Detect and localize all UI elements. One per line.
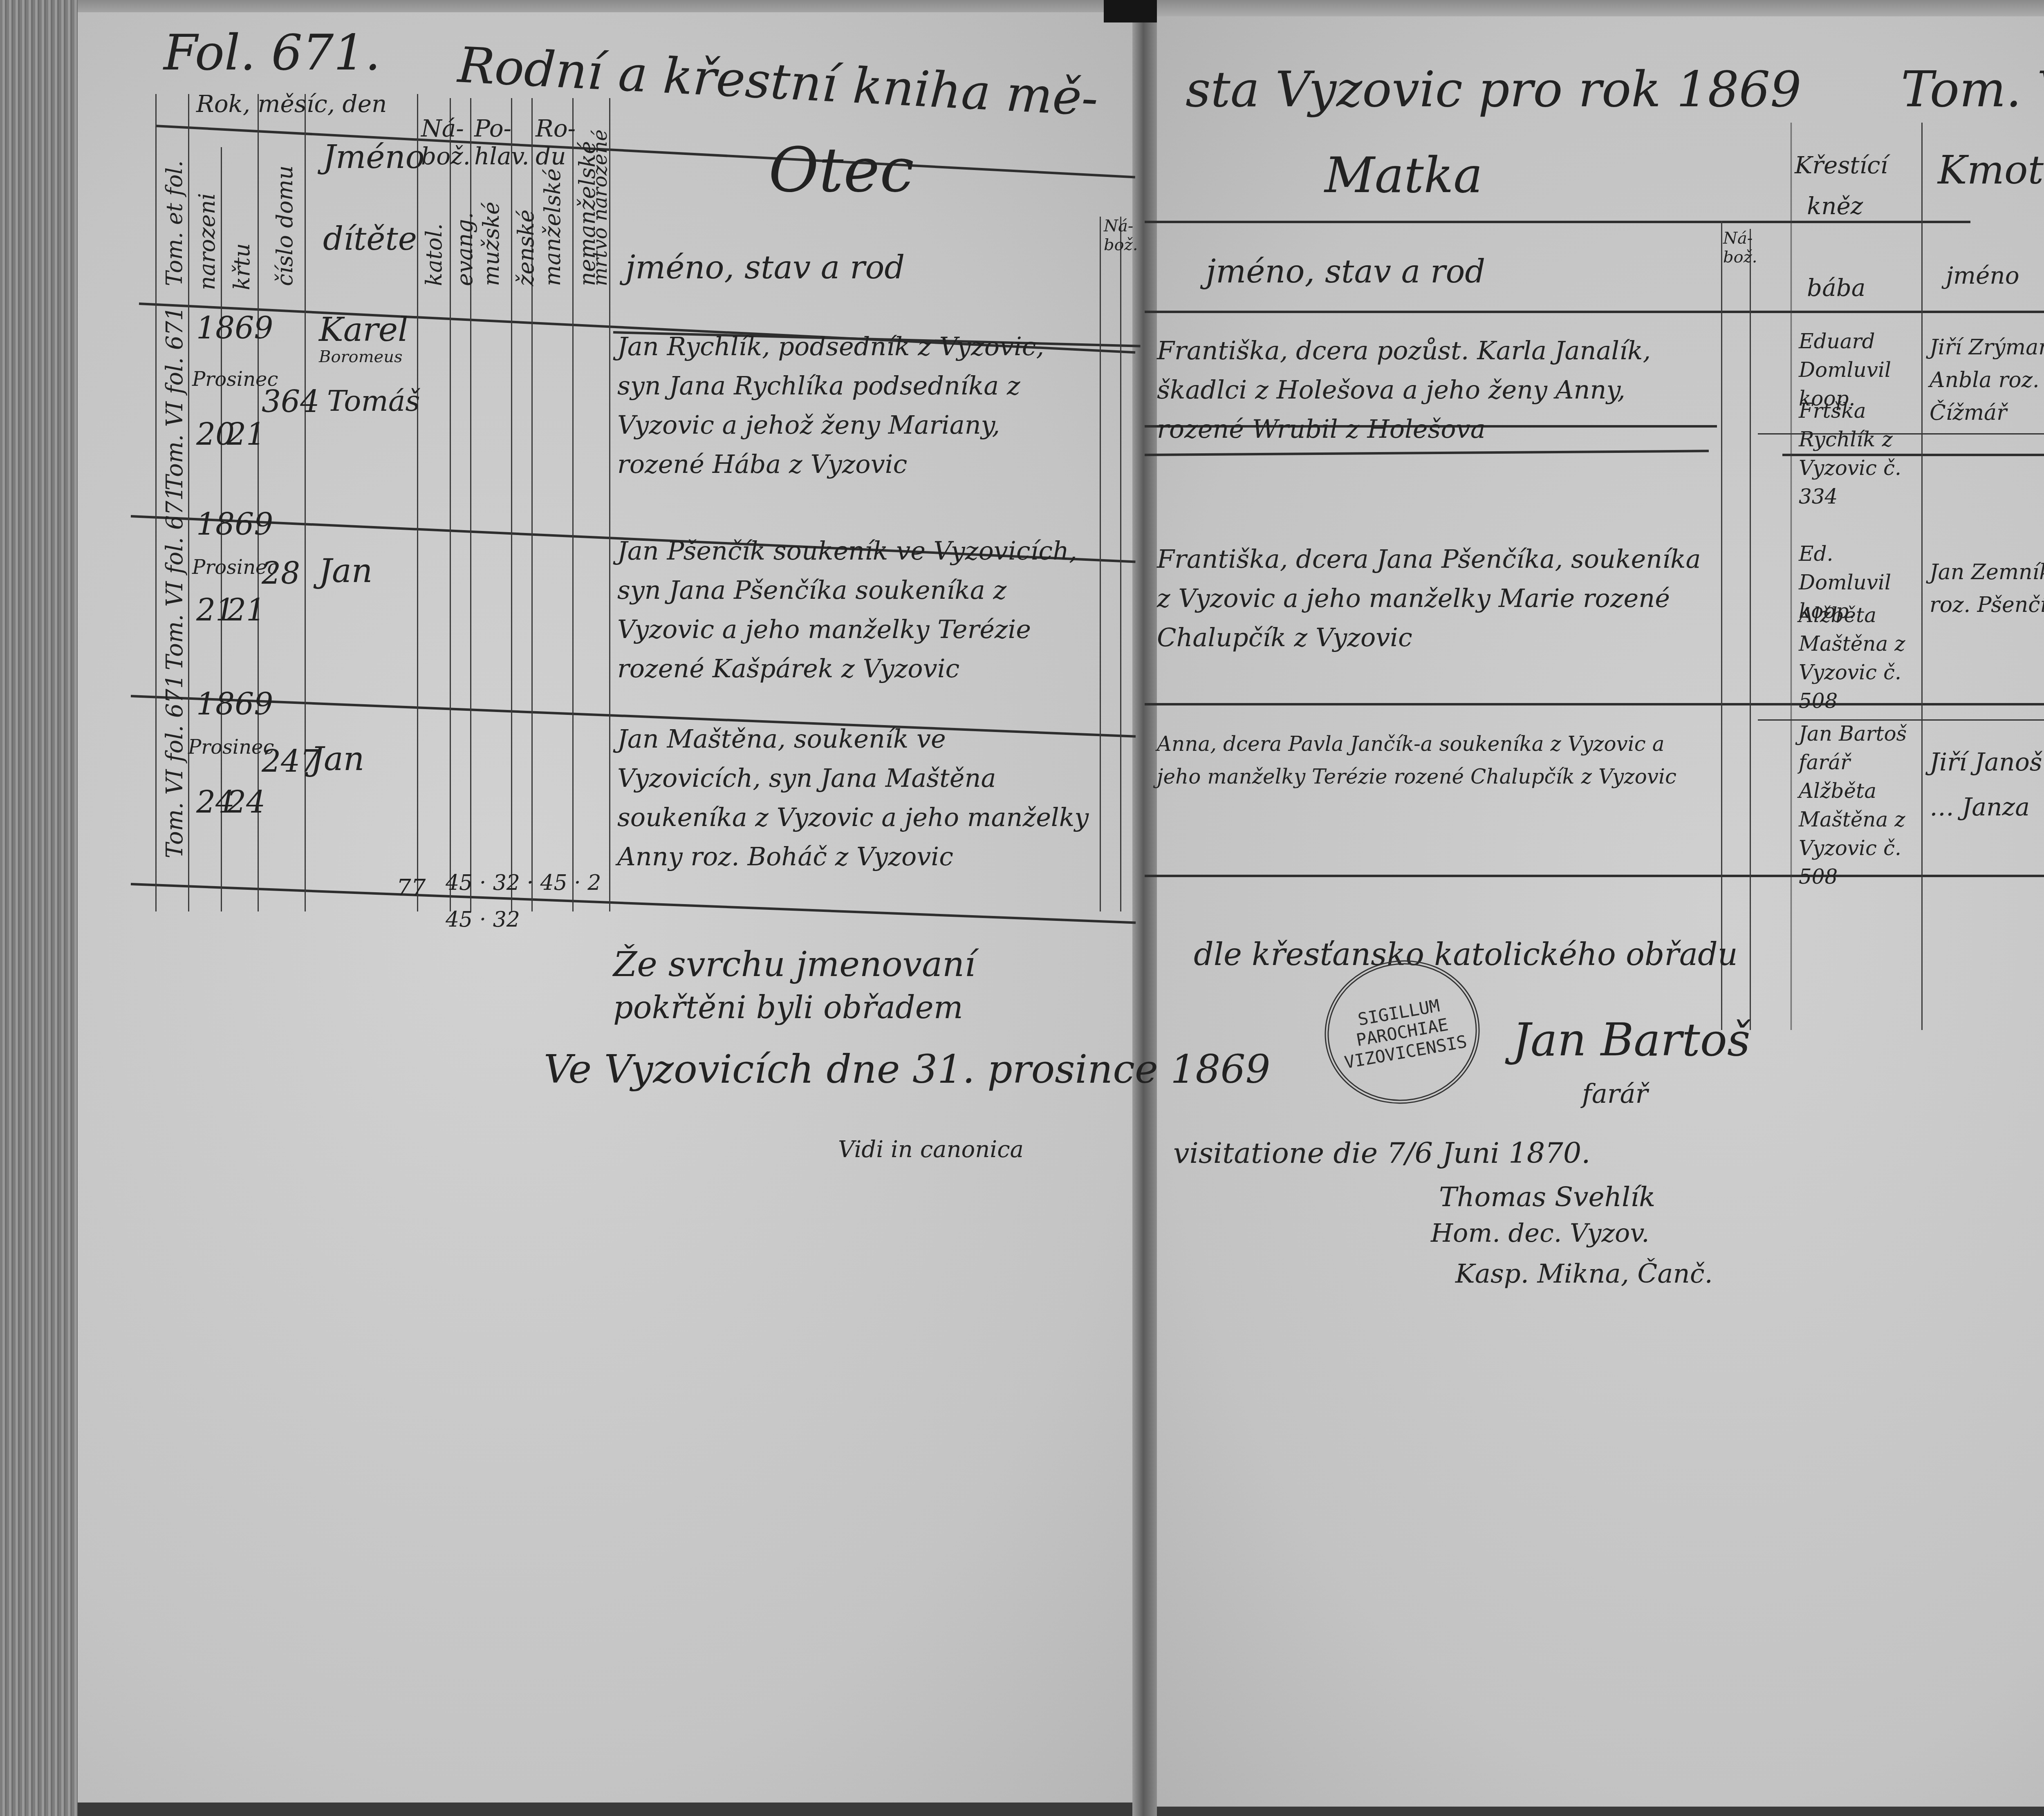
closing-line-1: Že svrchu jmenovaní [613, 944, 975, 984]
header-matka: Matka [1325, 147, 1483, 204]
header-rodu: Ro-du [536, 114, 568, 170]
header-otec: Otec [769, 135, 914, 206]
header-matka-sub: jméno, stav a rod [1206, 253, 1485, 290]
header-ditete: dítěte [323, 221, 417, 258]
folio-number: Fol. 671. [164, 25, 381, 81]
header-krtu: křtu [229, 172, 255, 290]
record-godparent: Jiří Zrýmar … Anbla roz. Čížmář [1930, 331, 2044, 429]
record-child-name: Karel [319, 311, 408, 349]
record-house-no: 28 [262, 556, 300, 591]
record-father: Jan Pšenčík soukeník ve Vyzovicích, syn … [617, 531, 1091, 688]
record-child-name: Jan [311, 740, 364, 778]
record-midwife: Frtška Rychlík z Vyzovic č. 334 [1799, 396, 1917, 511]
header-divider-right [1145, 221, 1970, 223]
record-child-note: Boromeus [319, 347, 403, 366]
record-mother: Anna, dcera Pavla Jančík-a soukeníka z V… [1157, 728, 1713, 793]
totals-line-2: 45 · 32 · 45 · 2 [446, 871, 601, 895]
record-godparent: Jan Zemník … roz. Pšenčík [1930, 556, 2044, 621]
totals-line-1: 77 [397, 875, 426, 901]
closing-place-date: Ve Vyzovicích dne 31. prosince 1869 [544, 1046, 1271, 1092]
record-father: Jan Maštěna, soukeník ve Vyzovicích, syn… [617, 719, 1091, 876]
header-baba: bába [1807, 274, 1865, 302]
record-day-baptism: 21 [227, 593, 265, 628]
header-cislo-domu: číslo domu [272, 106, 298, 286]
header-knez: kněz [1807, 192, 1863, 220]
record-year: 1869 [196, 507, 273, 542]
header-kmotri: Kmotři [1938, 147, 2044, 193]
priest-signature-role: farář [1582, 1079, 1648, 1109]
stamp-text: SIGILLUM PAROCHIAE VIZOVICENSIS [1325, 990, 1480, 1074]
record-tom-fol: Tom. VI fol. 671 [161, 507, 188, 670]
record-midwife: Alžběta Maštěna z Vyzovic č. 508 [1799, 777, 1917, 891]
dean-signature-1: Thomas Svehlík [1439, 1181, 1655, 1213]
header-nabozenstvi: Ná-bož. [421, 114, 450, 170]
header-tom-fol: Tom. et fol. [161, 106, 187, 286]
closing-line-3: dle křesťansko katolického obřadu [1194, 936, 1738, 972]
record-day-baptism: 21 [227, 417, 265, 452]
closing-visum: Vidi in canonica [838, 1136, 1024, 1163]
header-manzelske: manželské [540, 196, 565, 286]
record-child-second: Tomáš [327, 384, 420, 418]
record-house-no: 364 [262, 384, 319, 419]
record-mother: Františka, dcera pozůst. Karla Janalík, … [1157, 331, 1713, 449]
record-year: 1869 [196, 687, 273, 722]
header-zenske: ženské [513, 196, 539, 286]
record-day-baptism: 24 [227, 785, 265, 820]
header-narozeni: narozeni [194, 172, 220, 290]
record-father: Jan Rychlík, podsedník z Vyzovic, syn Ja… [617, 327, 1091, 484]
header-muzske: mužské [478, 196, 504, 286]
header-mrtvo-narozene: mrtvo narozené [589, 106, 612, 286]
header-katol: katol. [421, 196, 447, 286]
tome-number: Tom. VI [1901, 61, 2044, 118]
header-matka-nab: Ná-bož. [1723, 229, 1748, 266]
header-evang: evang. [452, 196, 477, 286]
book-page-stack-left [0, 0, 78, 1816]
record-child-name: Jan [319, 552, 372, 590]
record-month: Prosinec [188, 736, 274, 759]
record-tom-fol: Tom. VI fol. 671 [161, 687, 188, 858]
priest-signature: Jan Bartoš [1513, 1014, 1750, 1066]
header-otec-sub: jméno, stav a rod [625, 249, 905, 286]
header-otec-nab: Ná-bož. [1104, 217, 1120, 254]
visitation-note: visitatione die 7/6 Juni 1870. [1173, 1136, 1591, 1170]
header-pohlavi: Po-hlav. [474, 114, 507, 170]
record-tom-fol: Tom. VI fol. 671 [161, 319, 188, 490]
totals-line-3: 45 · 32 [446, 907, 520, 932]
header-kmotri-jmeno: jméno [1946, 262, 2019, 289]
book-gutter [1132, 0, 1157, 1816]
register-title-right: sta Vyzovic pro rok 1869 [1186, 61, 1802, 118]
dean-signature-2: Hom. dec. Vyzov. [1431, 1218, 1650, 1248]
header-jmeno: Jméno [323, 139, 425, 176]
record-godparent: Jiří Janošík … Janza [1930, 740, 2044, 830]
dean-signature-3: Kasp. Mikna, Čanč. [1455, 1259, 1713, 1289]
record-midwife: Alžběta Maštěna z Vyzovic č. 508 [1799, 601, 1917, 715]
record-priest: Jan Bartoš farář [1799, 719, 1917, 777]
record-mother: Františka, dcera Jana Pšenčíka, soukeník… [1157, 540, 1713, 657]
closing-line-2: pokřtěni byli obřadem [613, 989, 963, 1026]
header-krestici: Křestící [1795, 151, 1888, 179]
bookmark-ribbon [1104, 0, 1157, 22]
record-year: 1869 [196, 311, 273, 346]
